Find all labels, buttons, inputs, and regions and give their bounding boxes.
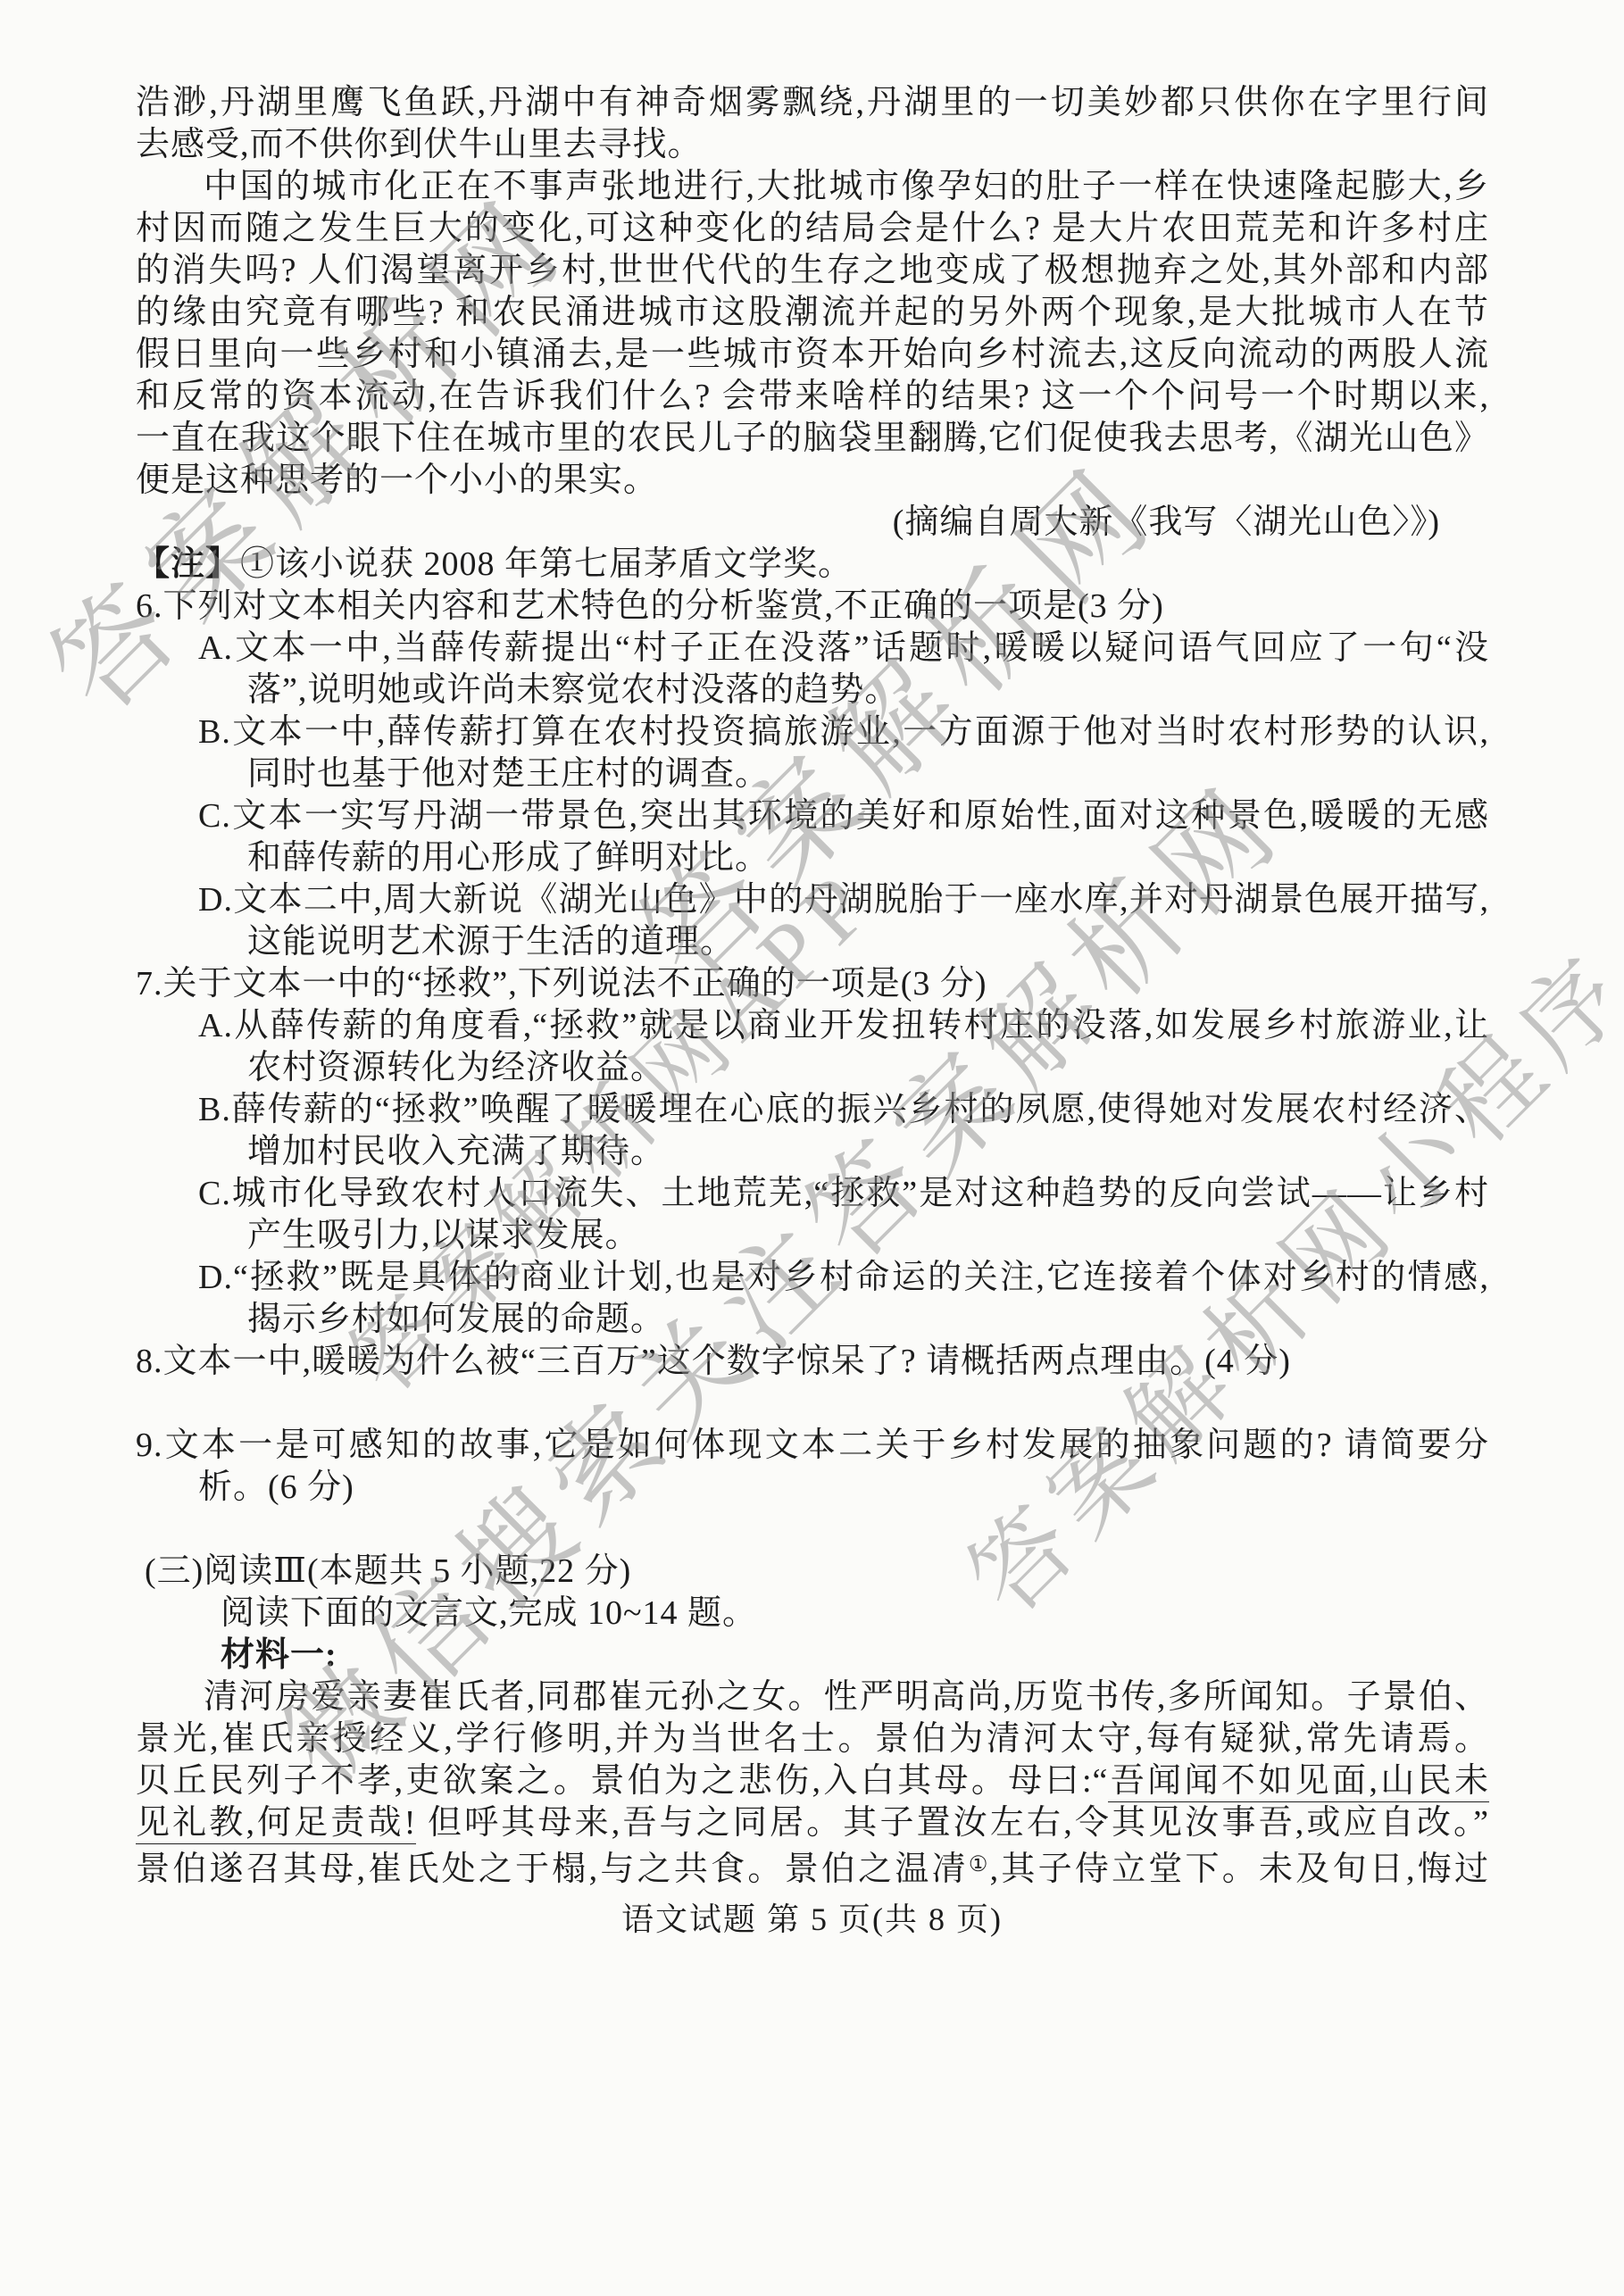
classical-line: 见礼教,何足责哉! 但呼其母来,吾与之同居。其子置汝左右,令其见汝事吾,或应自改… bbox=[136, 1802, 1489, 1844]
question-6-option-d: D.文本二中,周大新说《湖光山色》中的丹湖脱胎于一座水库,并对丹湖景色展开描写, bbox=[136, 879, 1489, 921]
passage-line: 的缘由究竟有哪些? 和农民涌进城市这股潮流并起的另外两个现象,是大批城市人在节 bbox=[136, 292, 1489, 334]
section-3-instruction: 阅读下面的文言文,完成 10~14 题。 bbox=[136, 1593, 1489, 1635]
question-7-option-a: A.从薛传薪的角度看,“拯救”就是以商业开发扭转村庄的没落,如发展乡村旅游业,让 bbox=[136, 1005, 1489, 1047]
note-label: 【注】 bbox=[136, 545, 240, 583]
question-7-option-c-wrap: 产生吸引力,以谋求发展。 bbox=[136, 1215, 1489, 1257]
passage-line: 村因而随之发生巨大的变化,可这种变化的结局会是什么? 是大片农田荒芜和许多村庄 bbox=[136, 208, 1489, 250]
section-3-heading: (三)阅读Ⅲ(本题共 5 小题,22 分) bbox=[136, 1551, 1489, 1593]
passage-note: 【注】①该小说获 2008 年第七届茅盾文学奖。 bbox=[136, 544, 1489, 586]
blank-row bbox=[136, 1509, 1489, 1551]
question-7-option-d-wrap: 揭示乡村如何发展的命题。 bbox=[136, 1299, 1489, 1341]
question-7-option-c: C.城市化导致农村人口流失、土地荒芜,“拯救”是对这种趋势的反向尝试——让乡村 bbox=[136, 1173, 1489, 1215]
underlined-text: 吾闻闻不如见面,山民未 bbox=[1108, 1762, 1489, 1802]
classical-line: 贝丘民列子不孝,吏欲案之。景伯为之悲伤,入白其母。母曰:“吾闻闻不如见面,山民未 bbox=[136, 1760, 1489, 1802]
question-9-stem-wrap: 析。(6 分) bbox=[136, 1467, 1489, 1509]
question-7-stem: 7.关于文本一中的“拯救”,下列说法不正确的一项是(3 分) bbox=[136, 963, 1489, 1005]
passage-citation: (摘编自周大新《我写〈湖光山色〉》) bbox=[136, 502, 1489, 544]
question-7-option-a-wrap: 农村资源转化为经济收益。 bbox=[136, 1047, 1489, 1089]
blank-row bbox=[136, 1383, 1489, 1425]
passage-line: 便是这种思考的一个小小的果实。 bbox=[136, 460, 1489, 502]
footnote-marker: ① bbox=[969, 1853, 990, 1876]
passage-line: 中国的城市化正在不事声张地进行,大批城市像孕妇的肚子一样在快速隆起膨大,乡 bbox=[136, 166, 1489, 208]
question-9-stem: 9.文本一是可感知的故事,它是如何体现文本二关于乡村发展的抽象问题的? 请简要分 bbox=[136, 1425, 1489, 1467]
exam-page-body: 浩渺,丹湖里鹰飞鱼跃,丹湖中有神奇烟雾飘绕,丹湖里的一切美妙都只供你在字里行间 … bbox=[136, 82, 1489, 1886]
question-6-option-d-wrap: 这能说明艺术源于生活的道理。 bbox=[136, 921, 1489, 963]
question-6-option-c-wrap: 和薛传薪的用心形成了鲜明对比。 bbox=[136, 837, 1489, 879]
classical-text: 但呼其母来,吾与之同居。其子置汝左右,令其见汝事吾,或应自改。” bbox=[416, 1804, 1489, 1842]
question-6-option-c: C.文本一实写丹湖一带景色,突出其环境的美好和原始性,面对这种景色,暖暖的无感 bbox=[136, 795, 1489, 837]
classical-text: 景伯遂召其母,崔氏处之于榻,与之共食。景伯之温凊 bbox=[136, 1851, 969, 1886]
page-footer: 语文试题 第 5 页(共 8 页) bbox=[0, 1894, 1624, 1940]
classical-text: 贝丘民列子不孝,吏欲案之。景伯为之悲伤,入白其母。母曰:“ bbox=[136, 1762, 1108, 1800]
material-1-label: 材料一: bbox=[136, 1635, 1489, 1676]
passage-line: 的消失吗? 人们渴望离开乡村,世世代代的生存之地变成了极想抛弃之处,其外部和内部 bbox=[136, 250, 1489, 292]
question-6-option-b: B.文本一中,薛传薪打算在农村投资搞旅游业,一方面源于他对当时农村形势的认识, bbox=[136, 711, 1489, 753]
question-7-option-b-wrap: 增加村民收入充满了期待。 bbox=[136, 1131, 1489, 1173]
question-6-option-a: A.文本一中,当薛传薪提出“村子正在没落”话题时,暖暖以疑问语气回应了一句“没 bbox=[136, 628, 1489, 670]
passage-line: 去感受,而不供你到伏牛山里去寻找。 bbox=[136, 124, 1489, 166]
underlined-text: 见礼教,何足责哉! bbox=[136, 1804, 416, 1844]
question-7-option-b: B.薛传薪的“拯救”唤醒了暖暖埋在心底的振兴乡村的夙愿,使得她对发展农村经济、 bbox=[136, 1089, 1489, 1131]
passage-line: 浩渺,丹湖里鹰飞鱼跃,丹湖中有神奇烟雾飘绕,丹湖里的一切美妙都只供你在字里行间 bbox=[136, 82, 1489, 124]
passage-line: 和反常的资本流动,在告诉我们什么? 会带来啥样的结果? 这一个个问号一个时期以来… bbox=[136, 376, 1489, 418]
question-6-option-b-wrap: 同时也基于他对楚王庄村的调查。 bbox=[136, 753, 1489, 795]
note-text: ①该小说获 2008 年第七届茅盾文学奖。 bbox=[240, 545, 853, 583]
question-7-option-d: D.“拯救”既是具体的商业计划,也是对乡村命运的关注,它连接着个体对乡村的情感, bbox=[136, 1257, 1489, 1299]
passage-line: 一直在我这个眼下住在城市里的农民儿子的脑袋里翻腾,它们促使我去思考,《湖光山色》 bbox=[136, 418, 1489, 460]
passage-line: 假日里向一些乡村和小镇涌去,是一些城市资本开始向乡村流去,这反向流动的两股人流 bbox=[136, 334, 1489, 376]
classical-line: 清河房爱亲妻崔氏者,同郡崔元孙之女。性严明高尚,历览书传,多所闻知。子景伯、 bbox=[136, 1676, 1489, 1718]
question-8-stem: 8.文本一中,暖暖为什么被“三百万”这个数字惊呆了? 请概括两点理由。(4 分) bbox=[136, 1341, 1489, 1383]
classical-line: 景伯遂召其母,崔氏处之于榻,与之共食。景伯之温凊①,其子侍立堂下。未及旬日,悔过 bbox=[136, 1844, 1489, 1886]
question-6-option-a-wrap: 落”,说明她或许尚未察觉农村没落的趋势。 bbox=[136, 670, 1489, 711]
classical-line: 景光,崔氏亲授经义,学行修明,并为当世名士。景伯为清河太守,每有疑狱,常先请焉。 bbox=[136, 1718, 1489, 1760]
question-6-stem: 6.下列对文本相关内容和艺术特色的分析鉴赏,不正确的一项是(3 分) bbox=[136, 586, 1489, 628]
classical-text: ,其子侍立堂下。未及旬日,悔过 bbox=[990, 1851, 1489, 1886]
